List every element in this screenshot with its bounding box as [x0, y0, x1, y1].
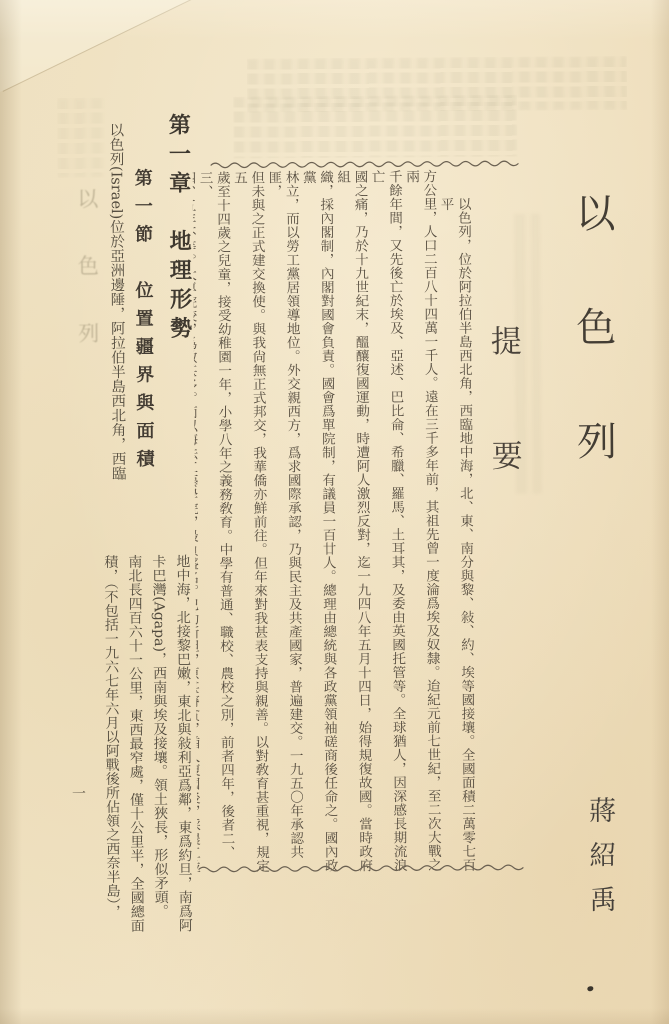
summary-column: 千餘年間，又先後亡於埃及、亞述、巴比侖、希臘、羅馬、土耳其，及委由英國托管等。全…: [367, 170, 406, 876]
chapter-heading: 第一章 地理形勢: [163, 113, 196, 346]
summary-column: 歲至十四歲之兒童，接受幼稚園一年，小學八年之義務敎育。中學有普通、職校、農校之別…: [195, 171, 234, 877]
summary-column: 織，採內閣制，內閣對國會負責。國會爲單院制，有議員一百廿人。總理由總統與各政黨領…: [299, 170, 338, 876]
page-content: 以色列 提要 以色列，位於阿拉伯半島西北角，西臨地中海，北、東、南分與黎、敍、約…: [0, 0, 669, 1024]
ink-speck: [587, 986, 593, 991]
summary-column: 以色列，位於阿拉伯半島西北角，西臨地中海，北、東、南分與黎、敍、約、埃等國接壤。…: [436, 169, 475, 875]
scanned-book-page: 以色列 提要 以色列，位於阿拉伯半島西北角，西臨地中海，北、東、南分與黎、敍、約…: [0, 0, 669, 1024]
summary-column: 方公里，人口二百八十四萬一千人。遠在三千多年前，其祖先曾一度淪爲埃及奴隸。迨紀元…: [402, 169, 441, 875]
author-name: 蔣紹禹: [580, 796, 620, 930]
book-title: 以色列: [564, 192, 623, 534]
show-through-text-ghost: [233, 95, 517, 159]
summary-column: 國之痛，乃於十九世紀末，醞釀復國運動，時遭阿人激烈反對，迄一九四八年五月十四日，…: [333, 170, 372, 876]
body-text-block: 地中海，北接黎巴嫩，東北與敍利亞爲鄰，東爲約旦，南爲阿 卡巴灣(Agapa)，西…: [94, 554, 197, 937]
body-column: 地中海，北接黎巴嫩，東北與敍利亞爲鄰，東爲約旦，南爲阿: [170, 554, 197, 936]
margin-running-title: 以色列: [72, 188, 103, 390]
body-column: 卡巴灣(Agapa)，西南與埃及接壤。領土狹長，形似矛頭。: [146, 554, 173, 936]
body-column: 以色列(Israel)位於亞洲邊陲，阿拉伯半島西北角，西臨: [104, 122, 129, 562]
summary-column: 但未與之正式建交換使。與我尙無正式邦交，我華僑亦鮮前往。但年來對我甚表支持與親善…: [230, 170, 269, 876]
wavy-rule-top: [211, 158, 519, 169]
summary-column: 林立，而以勞工黨居領導地位。外交親西方，爲求國際承認，乃與民主及共產國家，普遍建…: [264, 170, 303, 876]
summary-heading: 提要: [481, 325, 528, 555]
show-through-text-ghost: [57, 98, 106, 178]
show-through-text-ghost: [247, 56, 627, 113]
body-column: 南北長四百六十一公里，東西最窄處，僅十公里半，全國總面: [122, 554, 149, 936]
summary-text-block: 以色列，位於阿拉伯半島西北角，西臨地中海，北、東、南分與黎、敍、約、埃等國接壤。…: [193, 169, 476, 877]
page-number: 一: [68, 786, 88, 800]
section-heading: 第一節 位置疆界與面積: [129, 168, 157, 477]
body-column: 積，（不包括一九六七年六月以阿戰後所佔領之西奈半島），: [98, 554, 125, 936]
